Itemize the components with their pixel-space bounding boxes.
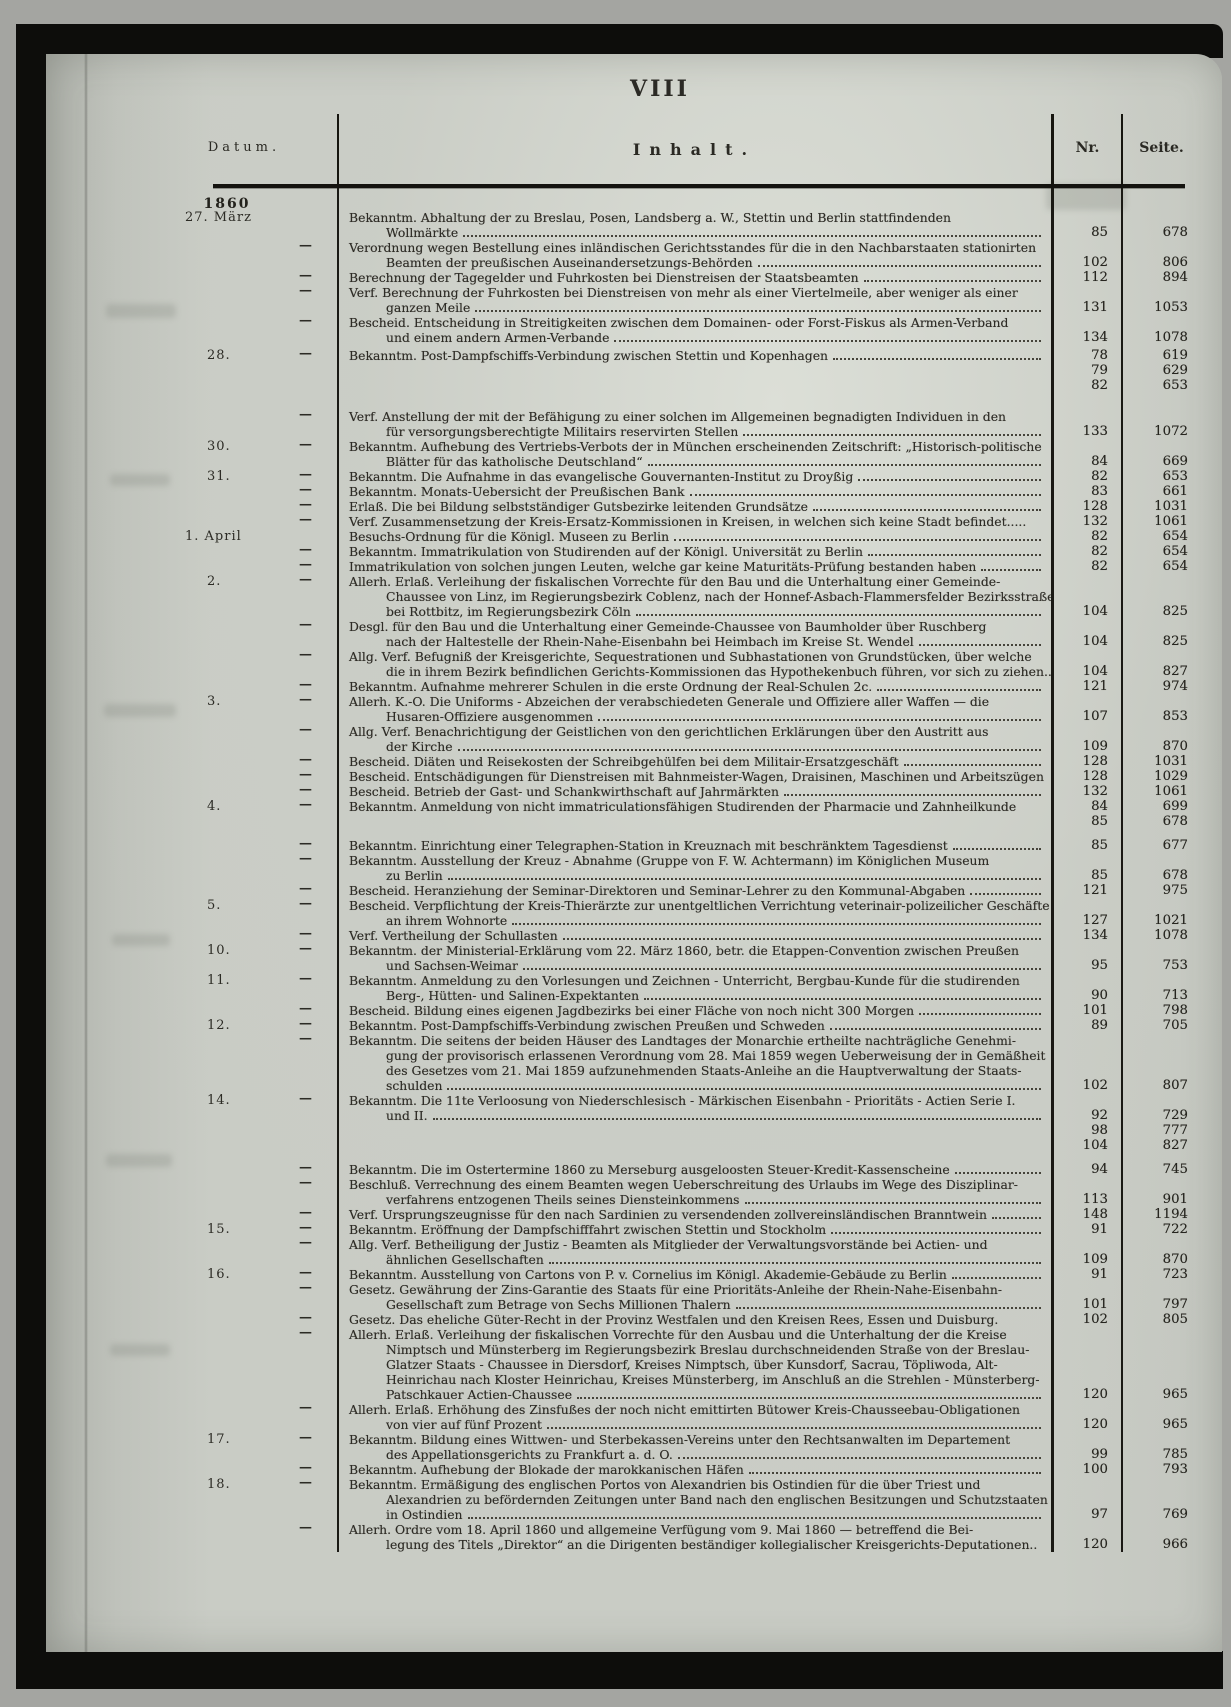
scan-frame-top <box>16 24 1223 58</box>
entry-line: Bescheid. Heranziehung der Seminar-Direk… <box>349 883 1044 898</box>
date-ditto-dash: — <box>299 1001 312 1016</box>
nr-cell: 91 <box>1052 1267 1122 1282</box>
seite-value: 729 <box>1122 1108 1188 1123</box>
nr-value: 89 <box>1052 1018 1108 1033</box>
entry-line: Glatzer Staats - Chaussee in Diersdorf, … <box>349 1357 1044 1372</box>
entry-line: Immatrikulation von solchen jungen Leute… <box>349 559 1044 574</box>
entry-text: Bekanntm. Aufhebung der Blokade der maro… <box>338 1462 1052 1477</box>
date-ditto-dash: — <box>299 467 312 482</box>
entry-line-text: Blätter für das katholische Deutschland“ <box>386 454 643 469</box>
entry-line-text: Bescheid. Bildung eines eigenen Jagdbezi… <box>349 1003 914 1018</box>
entry-line-text: Besuchs-Ordnung für die Königl. Museen z… <box>349 529 669 544</box>
date-ditto-dash: — <box>299 1235 312 1250</box>
date-ditto-dash: — <box>299 752 312 767</box>
nr-cell: 82 <box>1052 559 1122 574</box>
entry-text: Bekanntm. Ermäßigung des englischen Port… <box>338 1477 1052 1522</box>
seite-cell: 678 <box>1122 210 1201 240</box>
table-row: —Verf. Zusammensetzung der Kreis-Ersatz-… <box>151 514 1200 529</box>
nr-cell: 120 <box>1052 1402 1122 1432</box>
date-ditto-dash: — <box>299 797 312 812</box>
date-cell: 18.— <box>151 1477 338 1522</box>
seite-value: 894 <box>1122 270 1188 285</box>
date-ditto-dash: — <box>299 1475 312 1490</box>
entry-line-text: Bekanntm. Die Aufnahme in das evangelisc… <box>349 469 853 484</box>
table-row: 30.—Bekanntm. Aufhebung des Vertriebs-Ve… <box>151 439 1200 469</box>
entry-text: Bekanntm. Bildung eines Wittwen- und Ste… <box>338 1432 1052 1462</box>
seite-value: 713 <box>1122 988 1188 1003</box>
date-cell: — <box>151 1033 338 1093</box>
dot-leader <box>463 235 1041 237</box>
scanned-document-page: { "page": { "folio": "VIII" }, "table": … <box>0 0 1231 1707</box>
nr-cell: 83 <box>1052 484 1122 499</box>
entry-line: und Sachsen-Weimar <box>349 958 1044 973</box>
entry-line: Heinrichau nach Kloster Heinrichau, Krei… <box>349 1372 1044 1387</box>
seite-value: 1031 <box>1122 754 1188 769</box>
date-label: 18. <box>207 1477 231 1492</box>
entry-text: Bekanntm. Die im Ostertermine 1860 zu Me… <box>338 1162 1052 1177</box>
date-ditto-dash: — <box>299 836 312 851</box>
dot-leader <box>468 1517 1041 1519</box>
nr-value: 113 <box>1052 1192 1108 1207</box>
entry-line: Bekanntm. Die Aufnahme in das evangelisc… <box>349 469 1044 484</box>
seite-cell: 793 <box>1122 1462 1201 1477</box>
entry-line-text: für versorgungsberechtigte Militairs res… <box>386 424 738 439</box>
seite-cell: 825 <box>1122 619 1201 649</box>
entry-line-text: Nimptsch und Münsterberg im Regierungsbe… <box>386 1342 1029 1357</box>
nr-value: 99 <box>1052 1447 1108 1462</box>
table-row: —Verf. Berechnung der Fuhrkosten bei Die… <box>151 285 1200 315</box>
entry-text: Bekanntm. Post-Dampfschiffs-Verbindung z… <box>338 348 1052 393</box>
seite-cell: 1061 <box>1122 784 1201 799</box>
seite-value: 1072 <box>1122 424 1188 439</box>
table-row: 14.—Bekanntm. Die 11te Verloosung von Ni… <box>151 1093 1200 1153</box>
entry-line: Allg. Verf. Betheiligung der Justiz - Be… <box>349 1237 1044 1252</box>
entry-line-text: des Appellationsgerichts zu Frankfurt a.… <box>386 1447 673 1462</box>
entry-line: Bekanntm. Immatrikulation von Studirende… <box>349 544 1044 559</box>
nr-cell: 128 <box>1052 499 1122 514</box>
entry-text: Bekanntm. der Ministerial-Erklärung vom … <box>338 943 1052 973</box>
nr-value: 132 <box>1052 514 1108 529</box>
nr-value: 121 <box>1052 883 1108 898</box>
seite-value: 723 <box>1122 1267 1188 1282</box>
seite-cell: 653 <box>1122 469 1201 484</box>
seite-cell: 1053 <box>1122 285 1201 315</box>
entry-text: Verordnung wegen Bestellung eines inländ… <box>338 240 1052 270</box>
entry-line-text: und einem andern Armen-Verbande <box>386 330 609 345</box>
seite-value: 807 <box>1122 1078 1188 1093</box>
entry-text: Bescheid. Entscheidung in Streitigkeiten… <box>338 315 1052 345</box>
entry-text: Bescheid. Entschädigungen für Dienstreis… <box>338 769 1052 784</box>
entry-line-text: Verf. Ursprungszeugnisse für den nach Sa… <box>349 1207 987 1222</box>
entry-line: legung des Titels „Direktor“ an die Diri… <box>349 1537 1044 1552</box>
date-cell: — <box>151 1177 338 1207</box>
nr-cell: 109 <box>1052 1237 1122 1267</box>
date-cell: 30.— <box>151 439 338 469</box>
seite-cell: 797 <box>1122 1282 1201 1312</box>
entry-text: Allg. Verf. Betheiligung der Justiz - Be… <box>338 1237 1052 1267</box>
entry-line-text: Allerh. Erlaß. Verleihung der fiskalisch… <box>349 1327 1007 1342</box>
table-row: —Verordnung wegen Bestellung eines inlän… <box>151 240 1200 270</box>
nr-cell: 148 <box>1052 1207 1122 1222</box>
entry-line-text: legung des Titels „Direktor“ an die Diri… <box>386 1537 1037 1552</box>
nr-value: 127 <box>1052 913 1108 928</box>
table-row: 10.—Bekanntm. der Ministerial-Erklärung … <box>151 943 1200 973</box>
entry-line: Bekanntm. Aufhebung der Blokade der maro… <box>349 1462 1044 1477</box>
date-ditto-dash: — <box>299 437 312 452</box>
nr-value: 83 <box>1052 484 1108 499</box>
dot-leader <box>919 1013 1041 1015</box>
dot-leader <box>743 434 1041 436</box>
entry-line-text: Allg. Verf. Benachrichtigung der Geistli… <box>349 724 988 739</box>
dot-leader <box>784 794 1041 796</box>
nr-value: 82 <box>1052 559 1108 574</box>
column-header-nr: Nr. <box>1054 140 1121 156</box>
entry-line-text: Bekanntm. Abhaltung der zu Breslau, Pose… <box>349 210 951 225</box>
table-row: —Gesetz. Gewährung der Zins-Garantie des… <box>151 1282 1200 1312</box>
seite-value: 653 <box>1122 378 1188 393</box>
date-ditto-dash: — <box>299 881 312 896</box>
column-header-inhalt: Inhalt. <box>338 140 1051 159</box>
seite-cell: 1029 <box>1122 769 1201 784</box>
dot-leader <box>448 878 1041 880</box>
date-ditto-dash: — <box>299 313 312 328</box>
entry-line: Verf. Zusammensetzung der Kreis-Ersatz-K… <box>349 514 1044 529</box>
seite-value: 827 <box>1122 664 1188 679</box>
seite-cell: 805 <box>1122 1312 1201 1327</box>
nr-value: 134 <box>1052 330 1108 345</box>
nr-value: 148 <box>1052 1207 1108 1222</box>
entry-text: Gesetz. Das eheliche Güter-Recht in der … <box>338 1312 1052 1327</box>
seite-cell: 769 <box>1122 1477 1201 1522</box>
date-label: 5. <box>207 898 221 913</box>
scan-frame-bottom <box>16 1651 1223 1689</box>
entry-text: Gesetz. Gewährung der Zins-Garantie des … <box>338 1282 1052 1312</box>
seite-cell: 974 <box>1122 679 1201 694</box>
dot-leader <box>458 749 1041 751</box>
date-ditto-dash: — <box>299 941 312 956</box>
date-ditto-dash: — <box>299 1280 312 1295</box>
entry-text: Bekanntm. Immatrikulation von Studirende… <box>338 544 1052 559</box>
date-ditto-dash: — <box>299 617 312 632</box>
date-ditto-dash: — <box>299 1160 312 1175</box>
date-ditto-dash: — <box>299 268 312 283</box>
nr-cell: 82 <box>1052 469 1122 484</box>
table-row: 4.—Bekanntm. Anmeldung von nicht immatri… <box>151 799 1200 829</box>
nr-value: 98 <box>1052 1123 1108 1138</box>
entry-line: Bekanntm. Ausstellung von Cartons von P.… <box>349 1267 1044 1282</box>
entry-line: an ihrem Wohnorte <box>349 913 1044 928</box>
entry-line: des Appellationsgerichts zu Frankfurt a.… <box>349 1447 1044 1462</box>
date-cell: 4.— <box>151 799 338 829</box>
date-ditto-dash: — <box>299 512 312 527</box>
seite-cell: 729777827 <box>1122 1093 1201 1153</box>
seite-value: 806 <box>1122 255 1188 270</box>
entry-line: die in ihrem Bezirk befindlichen Gericht… <box>349 664 1044 679</box>
table-row: —Bekanntm. Die seitens der beiden Häuser… <box>151 1033 1200 1093</box>
nr-value: 101 <box>1052 1297 1108 1312</box>
nr-value: 92 <box>1052 1108 1108 1123</box>
entry-text: Bekanntm. Post-Dampfschiffs-Verbindung z… <box>338 1018 1052 1033</box>
entry-text: Bekanntm. Die seitens der beiden Häuser … <box>338 1033 1052 1093</box>
entry-text: Verf. Berechnung der Fuhrkosten bei Dien… <box>338 285 1052 315</box>
entry-line: Bekanntm. der Ministerial-Erklärung vom … <box>349 943 1044 958</box>
paper-page: VIII Datum. Inhalt. Nr. Seite. 186027. M… <box>46 54 1222 1652</box>
date-ditto-dash: — <box>299 1031 312 1046</box>
entry-line-text: von vier auf fünf Prozent <box>386 1417 542 1432</box>
nr-value: 128 <box>1052 754 1108 769</box>
entry-line: Allerh. Erlaß. Erhöhung des Zinsfußes de… <box>349 1402 1044 1417</box>
nr-cell: 787982 <box>1052 348 1122 393</box>
nr-value: 85 <box>1052 838 1108 853</box>
seite-value: 745 <box>1122 1162 1188 1177</box>
entry-line-text: Beamten der preußischen Auseinandersetzu… <box>386 255 753 270</box>
seite-value: 1031 <box>1122 499 1188 514</box>
dot-leader <box>690 494 1041 496</box>
seite-value: 678 <box>1122 814 1188 829</box>
table-row: —Allerh. Erlaß. Erhöhung des Zinsfußes d… <box>151 1402 1200 1432</box>
dot-leader <box>523 968 1041 970</box>
entry-line: ähnlichen Gesellschaften <box>349 1252 1044 1267</box>
seite-cell: 807 <box>1122 1033 1201 1093</box>
table-row: —Desgl. für den Bau und die Unterhaltung… <box>151 619 1200 649</box>
dot-leader <box>919 644 1041 646</box>
table-row: —Allg. Verf. Benachrichtigung der Geistl… <box>151 724 1200 754</box>
entry-text: Bescheid. Bildung eines eigenen Jagdbezi… <box>338 1003 1052 1018</box>
seite-cell: 1031 <box>1122 754 1201 769</box>
seite-cell: 654 <box>1122 529 1201 544</box>
date-cell: 17.— <box>151 1432 338 1462</box>
entry-line-text: Bekanntm. der Ministerial-Erklärung vom … <box>349 943 1019 958</box>
nr-value: 128 <box>1052 499 1108 514</box>
seite-value: 661 <box>1122 484 1188 499</box>
entry-text: Bekanntm. Eröffnung der Dampfschifffahrt… <box>338 1222 1052 1237</box>
date-label: 4. <box>207 799 221 814</box>
nr-cell: 132 <box>1052 514 1122 529</box>
entry-text: Beschluß. Verrechnung des einem Beamten … <box>338 1177 1052 1207</box>
entry-line-text: Bekanntm. Post-Dampfschiffs-Verbindung z… <box>349 1018 825 1033</box>
date-ditto-dash: — <box>299 896 312 911</box>
nr-value: 100 <box>1052 1462 1108 1477</box>
entry-line-text: Allerh. Ordre vom 18. April 1860 und all… <box>349 1522 973 1537</box>
seite-value: 965 <box>1122 1387 1188 1402</box>
nr-cell: 120 <box>1052 1327 1122 1402</box>
nr-value: 120 <box>1052 1537 1108 1552</box>
seite-value: 975 <box>1122 883 1188 898</box>
date-ditto-dash: — <box>299 1091 312 1106</box>
nr-value: 78 <box>1052 348 1108 363</box>
entry-text: Allg. Verf. Benachrichtigung der Geistli… <box>338 724 1052 754</box>
entry-line: Gesetz. Gewährung der Zins-Garantie des … <box>349 1282 1044 1297</box>
entry-line-text: Desgl. für den Bau und die Unterhaltung … <box>349 619 986 634</box>
nr-cell: 112 <box>1052 270 1122 285</box>
seite-value: 965 <box>1122 1417 1188 1432</box>
entry-line: Wollmärkte <box>349 225 1044 240</box>
table-row: —Allg. Verf. Betheiligung der Justiz - B… <box>151 1237 1200 1267</box>
seite-cell: 870 <box>1122 724 1201 754</box>
entry-line-text: Verf. Zusammensetzung der Kreis-Ersatz-K… <box>349 514 1026 529</box>
entry-line: Beschluß. Verrechnung des einem Beamten … <box>349 1177 1044 1192</box>
dot-leader <box>831 1232 1041 1234</box>
entry-line: und einem andern Armen-Verbande <box>349 330 1044 345</box>
entry-line-text: in Ostindien <box>386 1507 463 1522</box>
date-ditto-dash: — <box>299 1265 312 1280</box>
nr-cell: 133 <box>1052 409 1122 439</box>
seite-cell: 654 <box>1122 559 1201 574</box>
seite-value: 793 <box>1122 1462 1188 1477</box>
date-label: 28. <box>207 348 231 363</box>
dot-leader <box>952 1277 1041 1279</box>
seite-value: 1021 <box>1122 913 1188 928</box>
date-label: 30. <box>207 439 231 454</box>
table-row: 28.—Bekanntm. Post-Dampfschiffs-Verbindu… <box>151 348 1200 393</box>
entry-line: Husaren-Offiziere ausgenommen <box>349 709 1044 724</box>
entry-text: Verf. Vertheilung der Schullasten <box>338 928 1052 943</box>
date-ditto-dash: — <box>299 677 312 692</box>
seite-cell: 785 <box>1122 1432 1201 1462</box>
date-label: 27. März <box>185 210 252 225</box>
entry-text: Allerh. K.-O. Die Uniforms - Abzeichen d… <box>338 694 1052 724</box>
entry-line: für versorgungsberechtigte Militairs res… <box>349 424 1044 439</box>
date-ditto-dash: — <box>299 346 312 361</box>
entry-text: Erlaß. Die bei Bildung selbstständiger G… <box>338 499 1052 514</box>
entry-line: Verf. Ursprungszeugnisse für den nach Sa… <box>349 1207 1044 1222</box>
seite-value: 678 <box>1122 225 1188 240</box>
seite-value: 699 <box>1122 799 1188 814</box>
date-ditto-dash: — <box>299 1016 312 1031</box>
dot-leader <box>868 554 1041 556</box>
seite-value: 1061 <box>1122 514 1188 529</box>
entry-line-text: Allg. Verf. Befugniß der Kreisgerichte, … <box>349 649 1032 664</box>
nr-value: 128 <box>1052 769 1108 784</box>
dot-leader <box>749 1472 1041 1474</box>
entry-line-text: Bekanntm. Aufhebung der Blokade der maro… <box>349 1462 744 1477</box>
date-ditto-dash: — <box>299 647 312 662</box>
date-cell: — <box>151 853 338 883</box>
nr-cell: 128 <box>1052 754 1122 769</box>
seite-value: 805 <box>1122 1312 1188 1327</box>
seite-cell: 669 <box>1122 439 1201 469</box>
date-label: 1. April <box>185 529 242 544</box>
date-cell: — <box>151 1402 338 1432</box>
dot-leader <box>953 848 1041 850</box>
nr-cell: 85 <box>1052 853 1122 883</box>
entry-text: Besuchs-Ordnung für die Königl. Museen z… <box>338 529 1052 544</box>
dot-leader <box>858 479 1041 481</box>
entry-line-text: Heinrichau nach Kloster Heinrichau, Krei… <box>386 1372 1040 1387</box>
entry-line-text: Bekanntm. Immatrikulation von Studirende… <box>349 544 863 559</box>
entry-line-text: Allg. Verf. Betheiligung der Justiz - Be… <box>349 1237 988 1252</box>
table-row: —Verf. Anstellung der mit der Befähigung… <box>151 409 1200 439</box>
nr-cell: 107 <box>1052 694 1122 724</box>
table-header: Datum. Inhalt. Nr. Seite. <box>151 112 1200 188</box>
table-row: 11.—Bekanntm. Anmeldung zu den Vorlesung… <box>151 973 1200 1003</box>
date-cell: — <box>151 1237 338 1267</box>
date-ditto-dash: — <box>299 557 312 572</box>
seite-value: 705 <box>1122 1018 1188 1033</box>
seite-cell: 853 <box>1122 694 1201 724</box>
entry-line: Bekanntm. Ermäßigung des englischen Port… <box>349 1477 1044 1492</box>
seite-cell: 798 <box>1122 1003 1201 1018</box>
seite-cell: 901 <box>1122 1177 1201 1207</box>
date-ditto-dash: — <box>299 1400 312 1415</box>
table-row: —Bekanntm. Ausstellung der Kreuz - Abnah… <box>151 853 1200 883</box>
entry-line: Bekanntm. Ausstellung der Kreuz - Abnahm… <box>349 853 1044 868</box>
dot-leader <box>813 509 1041 511</box>
dot-leader <box>614 340 1041 342</box>
entry-text: Desgl. für den Bau und die Unterhaltung … <box>338 619 1052 649</box>
nr-cell: 97 <box>1052 1477 1122 1522</box>
seite-cell: 661 <box>1122 484 1201 499</box>
entry-text: Bekanntm. Ausstellung der Kreuz - Abnahm… <box>338 853 1052 883</box>
nr-value: 97 <box>1052 1507 1108 1522</box>
nr-cell: 8485 <box>1052 799 1122 829</box>
entry-line: Bekanntm. Aufnahme mehrerer Schulen in d… <box>349 679 1044 694</box>
entry-line-text: Bescheid. Betrieb der Gast- und Schankwi… <box>349 784 779 799</box>
nr-cell: 134 <box>1052 928 1122 943</box>
seite-value: 629 <box>1122 363 1188 378</box>
nr-cell: 128 <box>1052 769 1122 784</box>
table-row: 5.—Bescheid. Verpflichtung der Kreis-Thi… <box>151 898 1200 928</box>
entry-line: Berg-, Hütten- und Salinen-Expektanten <box>349 988 1044 1003</box>
dot-leader <box>904 764 1041 766</box>
seite-value: 769 <box>1122 1507 1188 1522</box>
seite-cell: 654 <box>1122 544 1201 559</box>
entry-line-text: gung der provisorisch erlassenen Verordn… <box>386 1048 1046 1063</box>
nr-cell: 9298104 <box>1052 1093 1122 1153</box>
dot-leader <box>447 1088 1041 1090</box>
nr-value: 102 <box>1052 255 1108 270</box>
seite-cell: 1194 <box>1122 1207 1201 1222</box>
seite-value: 654 <box>1122 544 1188 559</box>
entry-text: Allerh. Erlaß. Erhöhung des Zinsfußes de… <box>338 1402 1052 1432</box>
entry-line-text: verfahrens entzogenen Theils seines Dien… <box>386 1192 740 1207</box>
seite-cell: 619629653 <box>1122 348 1201 393</box>
date-ditto-dash: — <box>299 542 312 557</box>
entry-line-text: an ihrem Wohnorte <box>386 913 507 928</box>
entry-text: Bekanntm. Einrichtung einer Telegraphen-… <box>338 838 1052 853</box>
entry-text: Verf. Zusammensetzung der Kreis-Ersatz-K… <box>338 514 1052 529</box>
seite-cell: 827 <box>1122 649 1201 679</box>
seite-value: 974 <box>1122 679 1188 694</box>
entry-text: Allerh. Ordre vom 18. April 1860 und all… <box>338 1522 1052 1552</box>
entry-line-text: Bekanntm. Ermäßigung des englischen Port… <box>349 1477 980 1492</box>
entry-line-text: Gesellschaft zum Betrage von Sechs Milli… <box>386 1297 731 1312</box>
entry-line: Patschkauer Actien-Chaussee <box>349 1387 1044 1402</box>
dot-leader <box>833 358 1041 360</box>
table-row: —Allg. Verf. Befugniß der Kreisgerichte,… <box>151 649 1200 679</box>
nr-value: 104 <box>1052 604 1108 619</box>
dot-leader <box>830 1028 1041 1030</box>
date-label: 12. <box>207 1018 231 1033</box>
nr-value: 109 <box>1052 1252 1108 1267</box>
entry-line-text: Bekanntm. Anmeldung von nicht immatricul… <box>349 799 1016 814</box>
seite-value: 825 <box>1122 604 1188 619</box>
seite-value: 1061 <box>1122 784 1188 799</box>
entry-line: Blätter für das katholische Deutschland“ <box>349 454 1044 469</box>
date-cell: — <box>151 1522 338 1552</box>
entry-line-text: Beschluß. Verrechnung des einem Beamten … <box>349 1177 1018 1192</box>
nr-cell: 104 <box>1052 649 1122 679</box>
entry-text: Bekanntm. Die Aufnahme in das evangelisc… <box>338 469 1052 484</box>
nr-value: 82 <box>1052 544 1108 559</box>
dot-leader <box>636 614 1041 616</box>
seite-value: 753 <box>1122 958 1188 973</box>
nr-value: 85 <box>1052 225 1108 240</box>
entry-line-text: Bekanntm. Ausstellung von Cartons von P.… <box>349 1267 947 1282</box>
date-label: 10. <box>207 943 231 958</box>
entry-text: Verf. Anstellung der mit der Befähigung … <box>338 409 1052 439</box>
dot-leader <box>433 1118 1041 1120</box>
